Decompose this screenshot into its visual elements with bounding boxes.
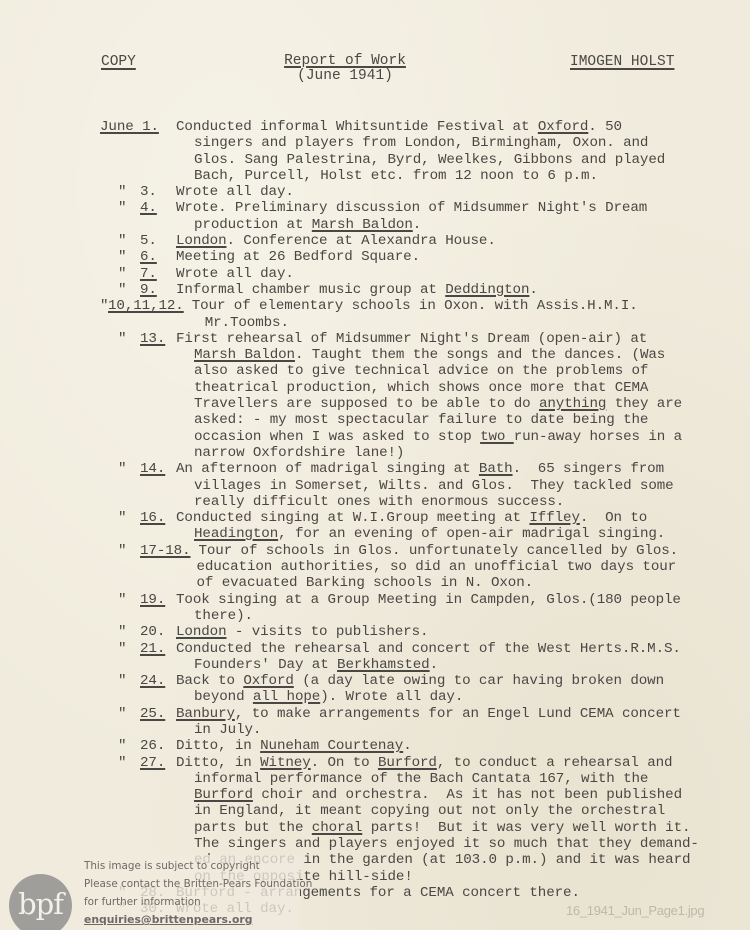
entry-line: beyond all hope). Wrote all day. [176, 689, 750, 705]
diary-entry: "26.Ditto, in Nuneham Courtenay. [100, 738, 750, 754]
underlined-phrase: Burford [378, 755, 437, 771]
entry-text: First rehearsal of Midsummer Night's Dre… [176, 331, 750, 461]
entry-date-text: 24. [140, 673, 165, 689]
underlined-phrase: London [176, 624, 226, 640]
ditto-mark: " [100, 184, 140, 200]
entry-date: "27. [100, 755, 176, 771]
underlined-phrase: Deddington [445, 282, 529, 298]
entry-date: June 1. [100, 119, 176, 135]
entry-date-text: 3. [140, 184, 157, 200]
entry-date-text: June 1. [100, 119, 159, 135]
diary-entry: "6.Meeting at 26 Bedford Square. [100, 249, 750, 265]
report-title: Report of Work [280, 54, 410, 69]
entry-date: "9. [100, 282, 176, 298]
entry-date: "7. [100, 266, 176, 282]
entry-line: really difficult ones with enormous succ… [176, 494, 750, 510]
entry-line: in England, it meant copying out not onl… [176, 803, 750, 819]
entry-text: Back to Oxford (a day late owing to car … [176, 673, 750, 706]
underlined-phrase: Witney [260, 755, 310, 771]
entry-line: Took singing at a Group Meeting in Campd… [176, 592, 750, 608]
entry-line: there). [176, 608, 750, 624]
diary-entry: "16.Conducted singing at W.I.Group meeti… [100, 510, 750, 543]
entry-text: London. Conference at Alexandra House. [176, 233, 750, 249]
diary-entry: "14.An afternoon of madrigal singing at … [100, 461, 750, 510]
underlined-phrase: London [176, 233, 226, 249]
entry-line: Wrote all day. [176, 266, 750, 282]
entry-text: An afternoon of madrigal singing at Bath… [176, 461, 750, 510]
ditto-mark: " [100, 233, 140, 249]
entry-date-text: 19. [140, 592, 165, 608]
entry-line: Marsh Baldon. Taught them the songs and … [176, 347, 750, 363]
entry-date: "16. [100, 510, 176, 526]
ditto-mark: " [100, 249, 140, 265]
ditto-mark: " [100, 755, 140, 771]
report-title-block: Report of Work (June 1941) [280, 54, 410, 84]
entry-line: parts but the choral parts! But it was v… [176, 820, 750, 836]
underlined-phrase: Marsh Baldon [194, 347, 295, 363]
ditto-mark: " [100, 706, 140, 722]
entry-line: Travellers are supposed to be able to do… [176, 396, 750, 412]
entry-line: asked: - my most spectacular failure to … [176, 412, 750, 428]
entry-date-text: 27. [140, 755, 165, 771]
entry-date-text: 25. [140, 706, 165, 722]
entry-line: informal performance of the Bach Cantata… [176, 771, 750, 787]
entry-text: Informal chamber music group at Deddingt… [176, 282, 750, 298]
entry-line: Founders' Day at Berkhamsted. [176, 657, 750, 673]
entry-date: "14. [100, 461, 176, 477]
diary-entry: "25.Banbury, to make arrangements for an… [100, 706, 750, 739]
copy-label: COPY [101, 54, 136, 70]
ditto-mark: " [100, 738, 140, 754]
underlined-phrase: anything [539, 396, 606, 412]
entry-line: Back to Oxford (a day late owing to car … [176, 673, 750, 689]
diary-entry: "20.London - visits to publishers. [100, 624, 750, 640]
entry-date-text: 10,11,12. [108, 298, 184, 314]
entry-line: Ditto, in Nuneham Courtenay. [176, 738, 750, 754]
diary-entry: "7.Wrote all day. [100, 266, 750, 282]
entry-line: Glos. Sang Palestrina, Byrd, Weelkes, Gi… [176, 152, 750, 168]
underlined-phrase: Nuneham Courtenay [260, 738, 403, 754]
diary-entry: "24.Back to Oxford (a day late owing to … [100, 673, 750, 706]
entry-line: London - visits to publishers. [176, 624, 750, 640]
underlined-phrase: Oxford [538, 119, 588, 135]
underlined-phrase: Marsh Baldon [312, 217, 413, 233]
underlined-phrase: Burford [194, 787, 253, 803]
entry-text: Wrote all day. [176, 184, 750, 200]
bpf-logo-icon: bpf [9, 874, 72, 930]
entry-date: "10,11,12. [100, 298, 184, 314]
entry-line: Wrote. Preliminary discussion of Midsumm… [176, 200, 750, 216]
entry-date-text: 17-18. [140, 543, 190, 559]
underlined-phrase: all hope [253, 689, 320, 705]
entry-date: "21. [100, 641, 176, 657]
diary-entry: "3.Wrote all day. [100, 184, 750, 200]
entry-line: Mr.Toombs. [187, 315, 750, 331]
entry-date-text: 14. [140, 461, 165, 477]
underlined-phrase: choral [312, 820, 362, 836]
diary-entry: "13.First rehearsal of Midsummer Night's… [100, 331, 750, 461]
entry-line: Tour of elementary schools in Oxon. with… [192, 298, 750, 314]
report-subtitle: (June 1941) [280, 69, 410, 84]
diary-entry: "17-18.Tour of schools in Glos. unfortun… [100, 543, 750, 592]
entry-line: Ditto, in Witney. On to Burford, to cond… [176, 755, 750, 771]
underlined-phrase: Bath [479, 461, 513, 477]
entry-date: "4. [100, 200, 176, 216]
entry-date-text: 5. [140, 233, 157, 249]
underlined-phrase: Oxford [243, 673, 293, 689]
underlined-phrase: Berkhamsted [337, 657, 430, 673]
entry-line: of evacuated Barking schools in N. Oxon. [178, 575, 750, 591]
entry-text: Banbury, to make arrangements for an Eng… [176, 706, 750, 739]
entry-date: "6. [100, 249, 176, 265]
author-name: IMOGEN HOLST [570, 54, 674, 70]
underlined-phrase: Headington [194, 526, 278, 542]
underlined-phrase: two [480, 429, 514, 445]
document-header: COPY Report of Work (June 1941) IMOGEN H… [0, 54, 750, 94]
ditto-mark: " [100, 331, 140, 347]
ditto-mark: " [100, 624, 140, 640]
watermark-line-3: for further information [84, 893, 312, 911]
entry-text: London - visits to publishers. [176, 624, 750, 640]
entry-date: "17-18. [100, 543, 190, 559]
diary-entry: "10,11,12.Tour of elementary schools in … [100, 298, 750, 331]
entry-text: Took singing at a Group Meeting in Campd… [176, 592, 750, 625]
entry-line: production at Marsh Baldon. [176, 217, 750, 233]
entry-date: "19. [100, 592, 176, 608]
entry-line: also asked to give technical advice on t… [176, 363, 750, 379]
entry-text: Wrote. Preliminary discussion of Midsumm… [176, 200, 750, 233]
entry-line: Conducted the rehearsal and concert of t… [176, 641, 750, 657]
entry-line: Meeting at 26 Bedford Square. [176, 249, 750, 265]
diary-entry: June 1.Conducted informal Whitsuntide Fe… [100, 119, 750, 184]
entry-line: London. Conference at Alexandra House. [176, 233, 750, 249]
entry-text: Wrote all day. [176, 266, 750, 282]
entry-date-text: 20. [140, 624, 165, 640]
entry-line: Headington, for an evening of open-air m… [176, 526, 750, 542]
entry-line: narrow Oxfordshire lane!) [176, 445, 750, 461]
ditto-mark: " [100, 266, 140, 282]
diary-entry: "19.Took singing at a Group Meeting in C… [100, 592, 750, 625]
ditto-mark: " [100, 298, 108, 314]
entry-text: Tour of schools in Glos. unfortunately c… [198, 543, 750, 592]
entry-date: "24. [100, 673, 176, 689]
ditto-mark: " [100, 673, 140, 689]
entry-line: in July. [176, 722, 750, 738]
entry-date-text: 4. [140, 200, 157, 216]
entry-line: Conducted informal Whitsuntide Festival … [176, 119, 750, 135]
entry-line: singers and players from London, Birming… [176, 135, 750, 151]
entry-date: "5. [100, 233, 176, 249]
watermark-email-link[interactable]: enquiries@brittenpears.org [84, 911, 312, 929]
entry-line: Tour of schools in Glos. unfortunately c… [198, 543, 750, 559]
entry-line: Wrote all day. [176, 184, 750, 200]
entry-text: Meeting at 26 Bedford Square. [176, 249, 750, 265]
entry-date-text: 16. [140, 510, 165, 526]
entry-date-text: 21. [140, 641, 165, 657]
diary-entry: "5.London. Conference at Alexandra House… [100, 233, 750, 249]
entry-date-text: 7. [140, 266, 157, 282]
ditto-mark: " [100, 543, 140, 559]
entry-line: villages in Somerset, Wilts. and Glos. T… [176, 478, 750, 494]
ditto-mark: " [100, 592, 140, 608]
entry-line: First rehearsal of Midsummer Night's Dre… [176, 331, 750, 347]
entry-text: Conducted singing at W.I.Group meeting a… [176, 510, 750, 543]
entry-line: Burford choir and orchestra. As it has n… [176, 787, 750, 803]
entry-date-text: 26. [140, 738, 165, 754]
underlined-phrase: Iffley [529, 510, 579, 526]
entry-date-text: 13. [140, 331, 165, 347]
entry-line: occasion when I was asked to stop two ru… [176, 429, 750, 445]
watermark-line-2: Please contact the Britten-Pears Foundat… [84, 875, 312, 893]
diary-entry: "21.Conducted the rehearsal and concert … [100, 641, 750, 674]
entry-line: education authorities, so did an unoffic… [178, 559, 750, 575]
diary-entry: "9.Informal chamber music group at Deddi… [100, 282, 750, 298]
entry-text: Conducted informal Whitsuntide Festival … [176, 119, 750, 184]
entry-text: Conducted the rehearsal and concert of t… [176, 641, 750, 674]
entry-date: "25. [100, 706, 176, 722]
entry-date-text: 6. [140, 249, 157, 265]
ditto-mark: " [100, 200, 140, 216]
entry-line: Informal chamber music group at Deddingt… [176, 282, 750, 298]
entry-line: An afternoon of madrigal singing at Bath… [176, 461, 750, 477]
entry-line: Bach, Purcell, Holst etc. from 12 noon t… [176, 168, 750, 184]
document-page: COPY Report of Work (June 1941) IMOGEN H… [0, 0, 750, 930]
entry-line: The singers and players enjoyed it so mu… [176, 836, 750, 852]
watermark-line-1: This image is subject to copyright [84, 857, 312, 875]
entry-date: "26. [100, 738, 176, 754]
ditto-mark: " [100, 282, 140, 298]
entry-date: "3. [100, 184, 176, 200]
entry-text: Ditto, in Nuneham Courtenay. [176, 738, 750, 754]
entry-line: Banbury, to make arrangements for an Eng… [176, 706, 750, 722]
entry-date: "13. [100, 331, 176, 347]
ditto-mark: " [100, 510, 140, 526]
diary-entries: June 1.Conducted informal Whitsuntide Fe… [100, 119, 750, 918]
underlined-phrase: Banbury [176, 706, 235, 722]
ditto-mark: " [100, 461, 140, 477]
entry-line: theatrical production, which shows once … [176, 380, 750, 396]
watermark-text: This image is subject to copyright Pleas… [84, 857, 312, 929]
entry-text: Tour of elementary schools in Oxon. with… [192, 298, 750, 331]
entry-line: Conducted singing at W.I.Group meeting a… [176, 510, 750, 526]
diary-entry: "4.Wrote. Preliminary discussion of Mids… [100, 200, 750, 233]
entry-date: "20. [100, 624, 176, 640]
entry-date-text: 9. [140, 282, 157, 298]
image-filename: 16_1941_Jun_Page1.jpg [566, 903, 704, 918]
ditto-mark: " [100, 641, 140, 657]
copyright-watermark: bpf This image is subject to copyright P… [0, 855, 300, 930]
